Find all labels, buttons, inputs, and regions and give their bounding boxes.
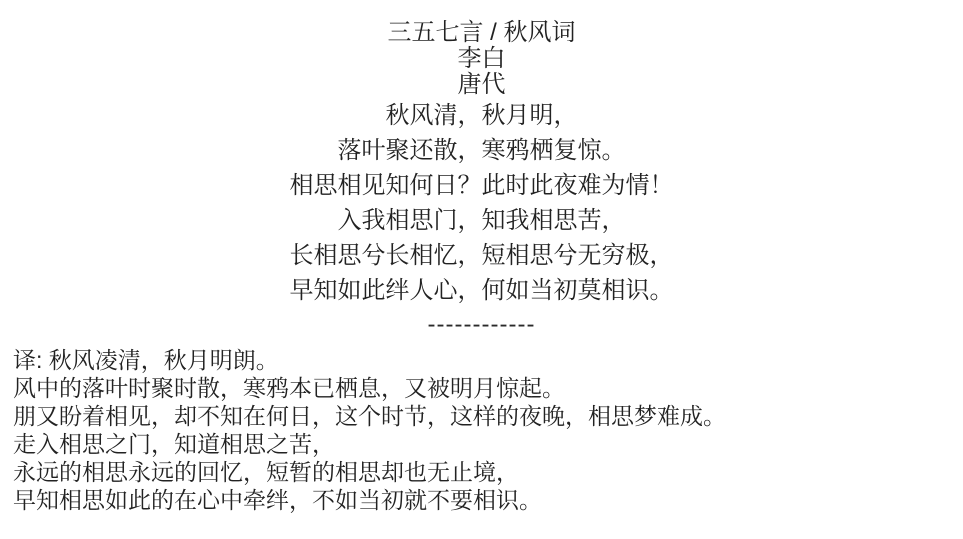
dashed-separator: ------------ — [0, 308, 963, 342]
poem-author: 李白 — [0, 46, 963, 72]
translation-line: 走入相思之门，知道相思之苦， — [13, 430, 963, 458]
poem-dynasty: 唐代 — [0, 72, 963, 98]
poem-line: 长相思兮长相忆，短相思兮无穷极， — [0, 238, 963, 273]
poem-title: 三五七言 / 秋风词 — [0, 20, 963, 46]
poem-line: 秋风清，秋月明， — [0, 98, 963, 133]
poem-block: 三五七言 / 秋风词 李白 唐代 秋风清，秋月明， 落叶聚还散，寒鸦栖复惊。 相… — [0, 20, 963, 342]
poem-line: 相思相见知何日？此时此夜难为情！ — [0, 168, 963, 203]
translation-line: 风中的落叶时聚时散，寒鸦本已栖息，又被明月惊起。 — [13, 374, 963, 402]
translation-block: 译: 秋风凌清，秋月明朗。 风中的落叶时聚时散，寒鸦本已栖息，又被明月惊起。 朋… — [0, 346, 963, 514]
translation-line: 永远的相思永远的回忆，短暂的相思却也无止境， — [13, 458, 963, 486]
poem-line: 入我相思门，知我相思苦， — [0, 203, 963, 238]
poem-line: 落叶聚还散，寒鸦栖复惊。 — [0, 133, 963, 168]
translation-line: 译: 秋风凌清，秋月明朗。 — [13, 346, 963, 374]
translation-line: 早知相思如此的在心中牵绊，不如当初就不要相识。 — [13, 486, 963, 514]
translation-line: 朋又盼着相见，却不知在何日，这个时节，这样的夜晚，相思梦难成。 — [13, 402, 963, 430]
document-page: 三五七言 / 秋风词 李白 唐代 秋风清，秋月明， 落叶聚还散，寒鸦栖复惊。 相… — [0, 0, 963, 539]
poem-line: 早知如此绊人心，何如当初莫相识。 — [0, 273, 963, 308]
